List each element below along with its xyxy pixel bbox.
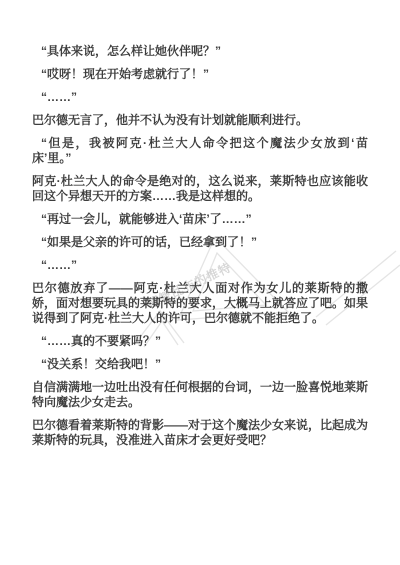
paragraph-narration: 自信满满地一边吐出没有任何根据的台词，一边一脸喜悦地莱斯特向魔法少女走去。 <box>32 380 368 410</box>
paragraph-narration: 巴尔德看着莱斯特的背影——对于这个魔法少女来说，比起成为莱斯特的玩具，没准进入苗… <box>32 418 368 448</box>
paragraph-dialogue: “……” <box>32 258 368 273</box>
novel-text: “具体来说，怎么样让她伙伴呢？”“哎呀！现在开始考虑就行了！”“……”巴尔德无言… <box>32 44 368 456</box>
paragraph-dialogue: “……真的不要紧吗？” <box>32 334 368 349</box>
paragraph-dialogue: “具体来说，怎么样让她伙伴呢？” <box>32 44 368 59</box>
paragraph-dialogue: “如果是父亲的许可的话，已经拿到了！” <box>32 235 368 250</box>
novel-reader-page: 德智乱布的推特 “具体来说，怎么样让她伙伴呢？”“哎呀！现在开始考虑就行了！”“… <box>0 0 400 565</box>
paragraph-dialogue: “哎呀！现在开始考虑就行了！” <box>32 67 368 82</box>
paragraph-narration: 巴尔德放弃了——阿克·杜兰大人面对作为女儿的莱斯特的撒娇，面对想要玩具的莱斯特的… <box>32 281 368 326</box>
paragraph-narration: 阿克·杜兰大人的命令是绝对的，这么说来，莱斯特也应该能收回这个异想天开的方案……… <box>32 174 368 204</box>
paragraph-dialogue: “但是，我被阿克·杜兰大人命令把这个魔法少女放到‘苗床’里。” <box>32 136 368 166</box>
paragraph-narration: 巴尔德无言了，他并不认为没有计划就能顺利进行。 <box>32 113 368 128</box>
paragraph-dialogue: “再过一会儿，就能够进入‘苗床’了……” <box>32 212 368 227</box>
paragraph-dialogue: “……” <box>32 90 368 105</box>
paragraph-dialogue: “没关系！交给我吧！” <box>32 357 368 372</box>
